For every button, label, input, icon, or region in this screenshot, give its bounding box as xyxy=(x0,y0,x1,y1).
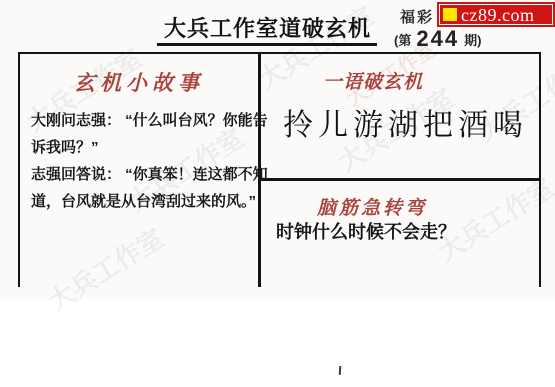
scan-artifact xyxy=(339,366,342,375)
story-panel-body: 大刚问志强： “什么叫台风？你能告 诉我吗？” 志强回答说： “你真笨！连这都不… xyxy=(31,107,255,215)
issue-close-bracket: 期) xyxy=(464,30,481,49)
brainteaser-question: 时钟什么时候不会走？ xyxy=(276,218,456,244)
issue-label: (第 244 期) xyxy=(394,26,481,52)
story-panel-title: 玄机小故事 xyxy=(20,67,258,97)
issue-open-bracket: (第 xyxy=(394,30,411,49)
story-line: 大刚问志强： “什么叫台风？你能告 xyxy=(31,107,255,134)
horizontal-divider xyxy=(260,178,539,181)
scanned-page: 大兵工作室 大兵工作室 大兵工作室 大兵工作室 大兵工作室 大兵工作室 大兵工作… xyxy=(0,0,555,387)
story-line: 志强回答说： “你真笨！连这都不知 xyxy=(31,161,255,188)
story-line: 道，台风就是从台湾刮过来的风。” xyxy=(31,188,255,215)
brainteaser-panel-title: 脑筋急转弯 xyxy=(317,193,427,220)
site-banner-frame: cz89.com xyxy=(439,4,553,25)
yellow-square-icon xyxy=(443,8,457,21)
lottery-type-label: 福彩 xyxy=(400,6,434,27)
mystery-panel-title: 一语破玄机 xyxy=(323,67,423,94)
site-url: cz89.com xyxy=(461,6,534,24)
page-title: 大兵工作室道破玄机 xyxy=(158,12,377,43)
mystery-phrase: 拎儿游湖把酒喝 xyxy=(283,100,528,144)
title-underline xyxy=(157,43,377,46)
story-line: 诉我吗？” xyxy=(31,134,255,161)
site-banner[interactable]: cz89.com xyxy=(437,2,555,27)
issue-number: 244 xyxy=(416,26,459,52)
content-box: 玄机小故事 大刚问志强： “什么叫台风？你能告 诉我吗？” 志强回答说： “你真… xyxy=(18,52,541,287)
